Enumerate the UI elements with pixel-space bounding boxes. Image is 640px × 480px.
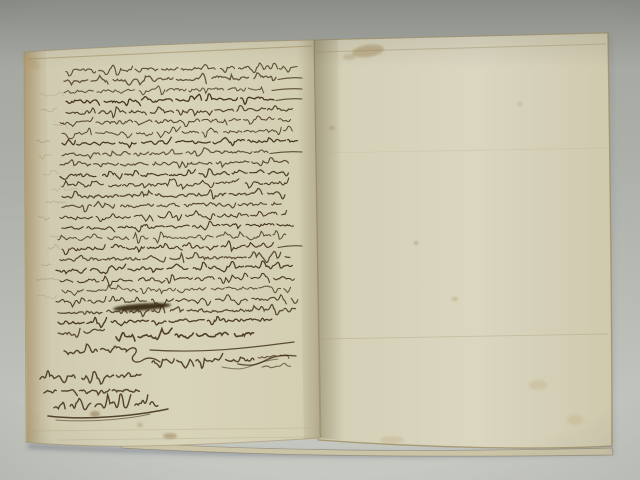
archive-photo: marie martin Renaudeles (approximate rea… — [0, 0, 640, 480]
stain — [452, 297, 458, 301]
stain — [163, 433, 177, 439]
stain — [518, 102, 522, 106]
right-page — [314, 33, 612, 448]
stain — [137, 423, 143, 427]
stain — [90, 411, 100, 417]
manuscript-scan: marie martin Renaudeles (approximate rea… — [0, 0, 640, 480]
stain — [414, 242, 418, 245]
stain — [567, 415, 583, 425]
stain — [329, 126, 335, 130]
stain — [380, 436, 404, 444]
stain — [529, 380, 547, 390]
stain — [343, 54, 355, 60]
